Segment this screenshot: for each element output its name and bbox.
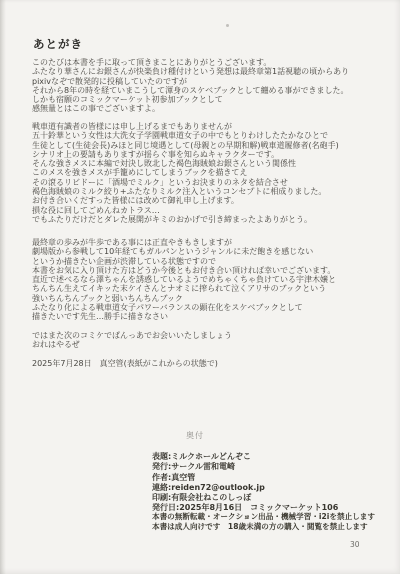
text-line: おれはやるぜ — [32, 340, 232, 349]
text-line: シナリオ上の要請もありますが揺らぐ事を知らぬキャラクターです。 — [32, 150, 339, 159]
text-line: 最終章の歩みが牛歩である事には正直やきもきしますが — [32, 238, 336, 247]
colophon-entry-contact: 連絡:reiden72@outlook.jp — [152, 483, 338, 493]
colophon-heading: 奥付 — [186, 430, 204, 441]
page-number: 30 — [350, 540, 360, 549]
text-line: 五十鈴華という女性は大洗女子学園戦車道女子の中でもとりわけしたたかなひとで — [32, 131, 339, 140]
text-line: ではまた次のコミケでぱんっあでお会いいたしましょう — [32, 331, 232, 340]
text-line: 本書をお気に入り頂けた方はどうか今後ともお付き合い頂ければ幸いでございます。 — [32, 266, 336, 275]
scanned-page: あとがき このたびは本書を手に取って頂きまことにありがとうございます。 ふたなり… — [0, 0, 400, 574]
text-line: その滾るリビドーに「酒場でミルク」というお決まりのネタを結合させ — [32, 178, 339, 187]
text-line: 劇場版から参戦して10年経てもガルパンというジャンルに未だ飽きを感じない — [32, 247, 336, 256]
text-line: 褐色海賊娘のミルク絞り+ふたなりミルク注入というコンセプトに相成りました。 — [32, 187, 339, 196]
notice-line: 本書は成人向けです 18歳未満の方の購入・閲覧を禁止します — [152, 522, 375, 532]
text-line: 生徒として(生徒会長)みほと同じ境遇として(母親との早期和解)戦車道履修者(名砲… — [32, 141, 339, 150]
text-line: pixivなぞで散発的に投稿していたのですが — [32, 77, 349, 86]
text-line: というか描きたい企画が渋滞している状態ですので — [32, 257, 336, 266]
text-line: それから8年の時を経ていまこうして渾身のスケベブックとして纏める事ができました。 — [32, 86, 349, 95]
afterword-paragraph-2: 戦車道有識者の皆様には申し上げるまでもありませんが 五十鈴華という女性は大洗女子… — [32, 122, 339, 224]
text-line: ふたなり化による戦車道女子パワーバランスの顕在化をスケベブックとして — [32, 303, 336, 312]
text-line: 損な役に回してごめんねカトラス… — [32, 206, 339, 215]
text-line: 描きたいです先生…勝手に描きなさい — [32, 312, 336, 321]
text-line: 感無量とはこの事でございますよ。 — [32, 104, 349, 113]
scan-edge-artifact — [0, 0, 6, 574]
text-line: お付き合いくだすった皆様には改めて御礼申し上げます。 — [32, 196, 339, 205]
colophon-block: 表題:ミルクホールどんぞこ 発行:サークル雷和電崎 作者:真空管 連絡:reid… — [152, 452, 338, 514]
colophon-entry-title: 表題:ミルクホールどんぞこ — [152, 452, 338, 462]
colophon-notices: 本書の無断転載・オークション出品・機械学習・i2iを禁止します 本書は成人向けで… — [152, 512, 375, 532]
colophon-entry-author: 作者:真空管 — [152, 473, 338, 483]
afterword-paragraph-3: 最終章の歩みが牛歩である事には正直やきもきしますが 劇場版から参戦して10年経て… — [32, 238, 336, 322]
text-line: ちんちん生えてイキッた末ケイさんとナオミに搾られて泣くアリサのブックという — [32, 284, 336, 293]
afterword-paragraph-4: ではまた次のコミケでぱんっあでお会いいたしましょう おれはやるぜ — [32, 331, 232, 350]
colophon-entry-printer: 印刷:有限会社ねこのしっぽ — [152, 493, 338, 503]
text-line: ふたなり華さんにお銀さんが快楽負け種付けという発想は最終章第1話視聴の頃からあり — [32, 67, 349, 76]
notice-line: 本書の無断転載・オークション出品・機械学習・i2iを禁止します — [152, 512, 375, 522]
colophon-entry-publisher: 発行:サークル雷和電崎 — [152, 462, 338, 472]
text-line: でもふたりだけだとダレた展開がキミのおかげで引き締まったよありがとう。 — [32, 215, 339, 224]
text-line: 強いちんちんブックと弱いちんちんブック — [32, 294, 336, 303]
date-signature-line: 2025年7月28日 真空管(表紙がこれからの状態で) — [32, 358, 218, 369]
text-line: このたびは本書を手に取って頂きまことにありがとうございます。 — [32, 58, 349, 67]
scan-speck-artifact — [226, 24, 229, 27]
afterword-heading: あとがき — [33, 36, 83, 52]
text-line: 戦車道有識者の皆様には申し上げるまでもありませんが — [32, 122, 339, 131]
text-line: このメスを強きメスが手籠めにしてしまうブックを描きてえ — [32, 168, 339, 177]
afterword-paragraph-1: このたびは本書を手に取って頂きまことにありがとうございます。 ふたなり華さんにお… — [32, 58, 349, 114]
